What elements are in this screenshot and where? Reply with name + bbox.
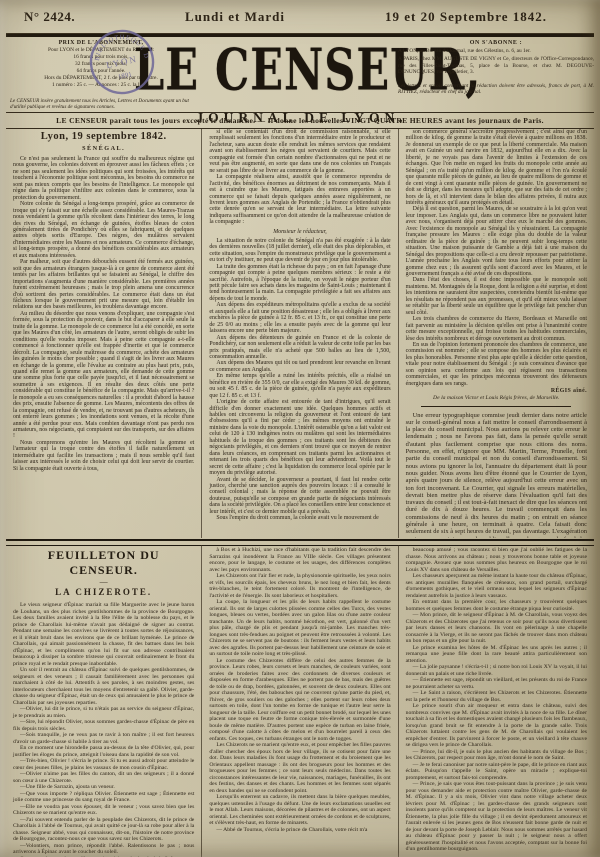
feuilleton-header: FEUILLETON DU CENSEUR. [13, 548, 194, 578]
feuilleton-text-col3: beaucoup amusé ; vous racontez si bien q… [406, 547, 587, 853]
day-line: Lundi et Mardi [185, 9, 285, 25]
paragraph: Au milieu du désordre que nous venons d'… [13, 311, 194, 440]
abonne-note: Les lettres et envois concernant la réda… [398, 83, 594, 96]
feuilleton-title: LA CHIZEROTE. [13, 587, 194, 597]
paragraph: Dans l'état des choses, il est donc impo… [406, 277, 587, 316]
paragraph: La traite des gommes était la richesse d… [209, 264, 390, 303]
abonne-entries: A LYON, au Bureau du Journal, rue des Cé… [398, 48, 594, 76]
paragraph: Le vieux seigneur d'Épinac mariait sa fi… [13, 602, 194, 667]
paragraph: Les Chizerots ne se marient qu'entre eux… [209, 742, 390, 794]
letter-signature: RÉGIS aîné. [406, 388, 587, 394]
paragraph: beaucoup amusé ; vous racontez si bien q… [406, 547, 587, 573]
paragraph: En sus de l'opinion fortement prononcée … [406, 342, 587, 387]
main-column-2: si elle se contentait d'un droit de comm… [201, 129, 398, 538]
paragraph: — Abbé de Tournus, s'écria le prince de … [209, 827, 390, 834]
paragraph: — Prince, lui dit-il, je suis le plus an… [406, 749, 587, 762]
paragraph: —Sois tranquille, je ne veux pas te ravi… [13, 732, 194, 745]
paragraph: —Que vous importe ? répliqua Olivier. Ét… [13, 791, 194, 804]
feuilleton-dash: — [13, 579, 194, 585]
feuilleton-text-col1: Le vieux seigneur d'Épinac mariait sa fi… [13, 602, 194, 857]
letter-salutation: Monsieur le rédacteur, [209, 229, 390, 235]
paragraph: La compagnie réalisera ainsi, aussitôt q… [209, 174, 390, 226]
top-strip: N° 2424. Lundi et Mardi 19 et 20 Septemb… [0, 7, 600, 31]
article-senegal-col1: Ce n'est pas seulement la France qui sou… [13, 156, 194, 472]
paragraph: Les chasseurs aperçurent au même instant… [406, 573, 587, 599]
svg-text:LYON: LYON [105, 54, 138, 70]
paragraph: — Le Saint a raison, s'écrièrent les Chi… [406, 690, 587, 703]
paragraph: Nous comprenons qu'entre les Maures qui … [13, 440, 194, 472]
paragraph: —Elle ne voudra pas vous épouser, dit le… [13, 804, 194, 817]
article-senegal-col3: son commerce général s'accroître progres… [406, 129, 587, 387]
feuilleton-column-3: beaucoup amusé ; vous racontez si bien q… [399, 545, 594, 857]
erratum-paragraph: Une erreur typographique commise jeudi d… [406, 412, 587, 538]
paragraph: Par malheur, soit que d'autres débouchés… [13, 259, 194, 311]
paragraph: — Je te ferai canoniser par notre saint-… [406, 762, 587, 782]
paragraph: Le prince sourit d'un air moqueur et ent… [406, 703, 587, 749]
paragraph: Notre colonie du Sénégal a long-temps pr… [13, 201, 194, 259]
paragraph: Ce n'est pas seulement la France qui sou… [13, 156, 194, 201]
library-stamp-icon: BIBLIOTHEQUE DE LA VILLE LYON 1891 [79, 19, 164, 104]
article-senegal-col2b: La situation de notre colonie du Sénégal… [209, 238, 390, 522]
paragraph: La coupe, la longueur et les plis de leu… [209, 599, 390, 658]
paragraph: son commerce général s'accroître progres… [406, 129, 587, 206]
paragraph: si elle se contentait d'un droit de comm… [209, 129, 390, 174]
paragraph: L'origine de cette affaire est entourée … [209, 399, 390, 476]
paragraph: Les Chizerots ont l'air fier et rude, la… [209, 573, 390, 599]
date-line: 19 et 20 Septembre 1842. [385, 9, 547, 25]
paragraph: —Olivier, lui dit le prince, si tu n'éta… [13, 706, 194, 719]
paragraph: Le costume des Chizerotes diffère de cel… [209, 658, 390, 743]
city-dateline: Lyon, 19 septembre 1842. [13, 131, 194, 142]
paragraph: — Prince, je sais que vous êtes tout-pui… [406, 781, 587, 853]
paragraph: —Sire, lui répondit Olivier, nous sommes… [13, 719, 194, 732]
paragraph: Déjà il est question, parmi les Maures, … [406, 206, 587, 277]
abonne-title: ON S'ABONNE : [398, 40, 594, 46]
paragraph: Aux dépens des détenteurs de guinée en F… [209, 335, 390, 361]
feuilleton: FEUILLETON DU CENSEUR. — LA CHIZEROTE. L… [6, 545, 594, 857]
main-body: Lyon, 19 septembre 1842. SÉNÉGAL. Ce n'e… [6, 129, 594, 538]
paragraph: Lorsqu'ils enterrent un cadavre, ils met… [209, 794, 390, 827]
abonne-entry: A LYON, au Bureau du Journal, rue des Cé… [398, 48, 594, 54]
paragraph: En même temps qu'elle a ruiné les intérê… [209, 373, 390, 399]
paragraph: — La jolie paysanne ! s'écria-t-il ; si … [406, 664, 587, 677]
paragraph: —Olivier n'aime pas les filles du canton… [13, 771, 194, 784]
svg-text:1891: 1891 [117, 70, 133, 81]
paragraph: En entrant dans la première cour, les ch… [406, 599, 587, 612]
paragraph: Aux dépens des Maures qui tôt ou tard pr… [209, 360, 390, 373]
tagline: LE CENSEUR paraît tous les jours excepté… [6, 112, 594, 129]
section-divider [421, 406, 571, 407]
paragraph: En ce moment une hirondelle passa au-des… [13, 745, 194, 758]
paragraph: Avant de se décider, le gouverneur a pou… [209, 477, 390, 516]
issue-number: N° 2424. [24, 9, 75, 25]
signature-note: De la maison Victor et Louis Régis frère… [406, 395, 587, 401]
paragraph: Le prince examina les hôtes de M. d'Épin… [406, 645, 587, 665]
paragraph: Sous l'empire du droit commun, la coloni… [209, 515, 390, 521]
paragraph: à Bos et à Huchizi, une race d'habitants… [209, 547, 390, 573]
paragraph: —J'ai souvent entendu parler de la peupl… [13, 817, 194, 843]
paragraph: Aux dépens des expéditeurs métropolitain… [209, 302, 390, 334]
paragraph: Les trois chambres de commerce du Havre,… [406, 316, 587, 342]
paragraph: Un soir il rentrait au château d'Épinac … [13, 667, 194, 706]
main-column-3: son commerce général s'accroître progres… [399, 129, 594, 538]
main-column-1: Lyon, 19 septembre 1842. SÉNÉGAL. Ce n'e… [6, 129, 201, 538]
abonne-entry: A PARIS, chez MM. AUGUSTE DE VIGNY et Ce… [398, 56, 594, 75]
feuilleton-column-2: à Bos et à Huchizi, une race d'habitants… [201, 545, 398, 857]
paragraph: —Volontiers, mon prince, répondit l'abbé… [13, 843, 194, 856]
paragraph: —Très-bien, Olivier ! s'écria le prince.… [13, 758, 194, 771]
abonne-box: ON S'ABONNE : A LYON, au Bureau du Journ… [398, 40, 594, 95]
section-heading: SÉNÉGAL. [13, 145, 194, 152]
paragraph: — Étiennette est sage, répondit un vieil… [406, 677, 587, 690]
feuilleton-text-col2: à Bos et à Huchizi, une race d'habitants… [209, 547, 390, 833]
article-senegal-col2a: si elle se contentait d'un droit de comm… [209, 129, 390, 226]
feuilleton-column-1: FEUILLETON DU CENSEUR. — LA CHIZEROTE. L… [6, 545, 201, 857]
paragraph: La situation de notre colonie du Sénégal… [209, 238, 390, 264]
newspaper-page: N° 2424. Lundi et Mardi 19 et 20 Septemb… [0, 0, 600, 857]
paragraph: — Mon prince, dit le seigneur d'Épinac à… [406, 612, 587, 645]
